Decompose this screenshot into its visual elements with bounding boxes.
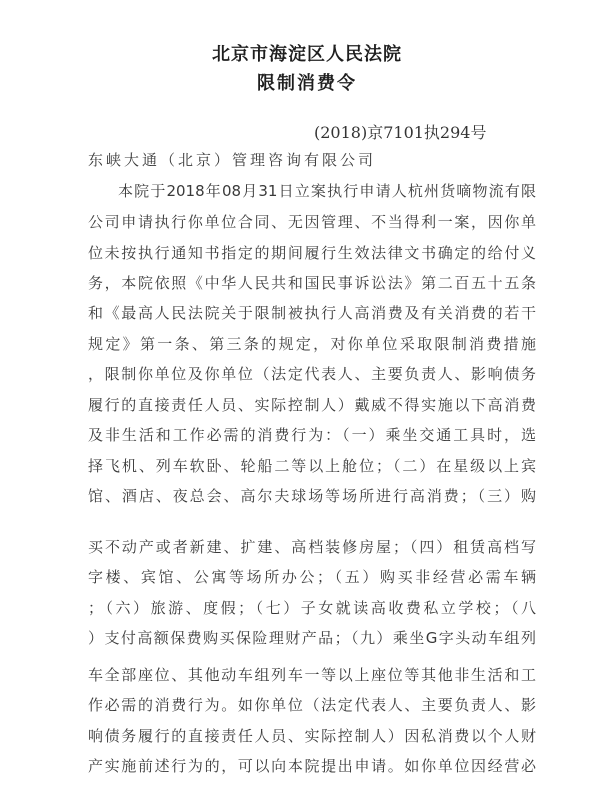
body-line: 买不动产或者新建、扩建、高档装修房屋；（四）租赁高档写: [88, 536, 536, 558]
case-number: (2018)京7101执294号: [314, 120, 486, 143]
body-line: ；（六）旅游、度假；（七）子女就读高收费私立学校；（八: [88, 597, 536, 619]
court-name: 北京市海淀区人民法院: [0, 40, 614, 66]
body-line: 产实施前述行为的，可以向本院提出申请。如你单位因经营必: [88, 755, 536, 777]
body-line: 字楼、宾馆、公寓等场所办公；（五）购买非经营必需车辆: [88, 566, 536, 588]
body-line: 本院于2018年08月31日立案执行申请人杭州货嘀物流有限: [118, 180, 536, 202]
body-line: 位未按执行通知书指定的期间履行生效法律文书确定的给付义: [88, 242, 536, 264]
body-line: 作必需的消费行为。如你单位（法定代表人、主要负责人、影: [88, 694, 536, 716]
recipient-name: 东峡大通（北京）管理咨询有限公司: [88, 149, 376, 170]
body-line: 务，本院依照《中华人民共和国民事诉讼法》第二百五十五条: [88, 272, 536, 294]
body-line: 响债务履行的直接责任人员、实际控制人）因私消费以个人财: [88, 725, 536, 747]
body-line: 履行的直接责任人员、实际控制人）戴威不得实施以下高消费: [88, 394, 536, 416]
body-line: ，限制你单位及你单位（法定代表人、主要负责人、影响债务: [88, 363, 536, 385]
body-line: 车全部座位、其他动车组列车一等以上座位等其他非生活和工: [88, 664, 536, 686]
body-line: ）支付高额保费购买保险理财产品；（九）乘坐G字头动车组列: [88, 627, 536, 649]
body-line: 及非生活和工作必需的消费行为：（一）乘坐交通工具时，选: [88, 424, 536, 446]
body-line: 择飞机、列车软卧、轮船二等以上舱位；（二）在星级以上宾: [88, 455, 536, 477]
document-title: 限制消费令: [0, 69, 614, 95]
body-line: 公司申请执行你单位合同、无因管理、不当得利一案，因你单: [88, 211, 536, 233]
body-line: 馆、酒店、夜总会、高尔夫球场等场所进行高消费；（三）购: [88, 485, 536, 507]
body-line: 规定》第一条、第三条的规定，对你单位采取限制消费措施: [88, 333, 536, 355]
body-line: 和《最高人民法院关于限制被执行人高消费及有关消费的若干: [88, 302, 536, 324]
